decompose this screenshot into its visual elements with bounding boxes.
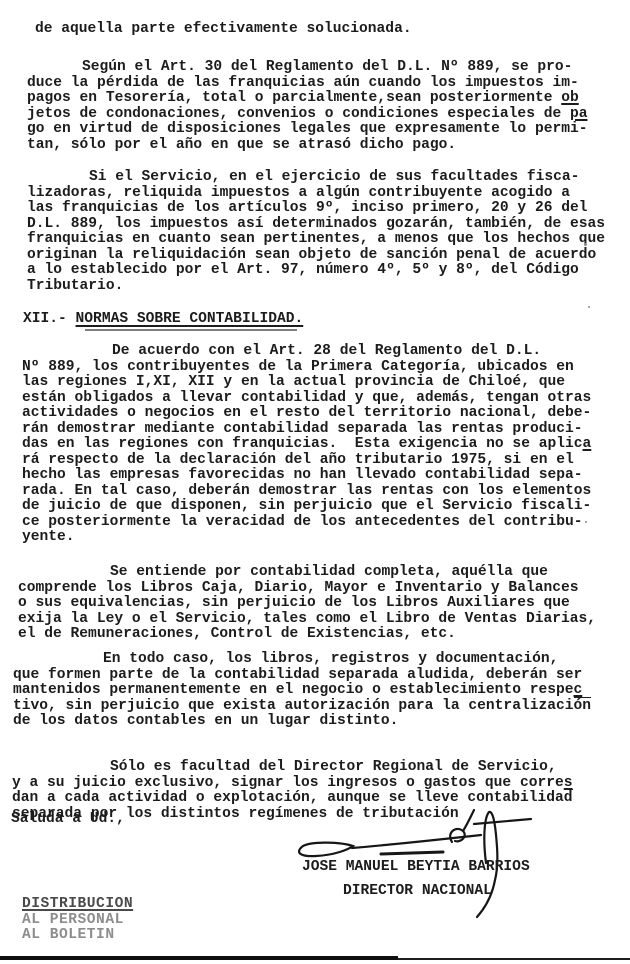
paragraph-art30: Según el Art. 30 del Reglamento del D.L.… <box>27 60 588 153</box>
text-line: rá respecto de la declaración del año tr… <box>22 453 591 469</box>
text-line: Nº 889, los contribuyentes de la Primera… <box>22 360 591 376</box>
text-line: das en las regiones con franquicias. Est… <box>22 437 591 453</box>
text-line: ce posteriormente la veracidad de los an… <box>22 515 591 531</box>
text-line: de juicio de que disponen, sin perjuicio… <box>22 499 591 515</box>
distribution-heading: DISTRIBUCION <box>22 897 133 913</box>
text-line: Si el Servicio, en el ejercicio de sus f… <box>27 170 605 186</box>
ink-speck <box>588 306 590 308</box>
text-line: de los datos contables en un lugar disti… <box>13 714 591 730</box>
overlined-syllable: ón <box>574 697 592 714</box>
text-line: originan la reliquidación sean objeto de… <box>27 248 605 264</box>
text-line: franquicias en cuanto sean pertinentes, … <box>27 232 605 248</box>
bottom-rule-thick <box>0 956 398 960</box>
signature-leaf-loop <box>299 843 353 857</box>
signatory-title: DIRECTOR NACIONAL <box>343 884 492 900</box>
text-line: que formen parte de la contabilidad sepa… <box>13 668 591 684</box>
text-line: las regiones I,XI, XII y en la actual pr… <box>22 375 591 391</box>
underlined-syllable: a <box>583 436 592 452</box>
text-line: jetos de condonaciones, convenios o cond… <box>27 107 588 123</box>
text-line: yente. <box>22 530 591 546</box>
closing-salutation: Saluda a Ud., <box>11 812 125 828</box>
text-line: De acuerdo con el Art. 28 del Reglamento… <box>22 344 591 360</box>
paragraph-intro: de aquella parte efectivamente soluciona… <box>35 22 412 38</box>
overlined-syllable: d <box>564 789 573 806</box>
section-number: XII.- <box>23 311 76 327</box>
text-line: Tributario. <box>27 279 605 295</box>
text-line: exija la Ley o el Servicio, tales como e… <box>18 612 596 628</box>
text-line: tan, sólo por el año en que se atrasó di… <box>27 138 588 154</box>
text-line: dan a cada actividad o explotación, aunq… <box>12 791 573 807</box>
paragraph-libros-registros: En todo caso, los libros, registros y do… <box>13 652 591 730</box>
signature-knot <box>450 829 465 842</box>
underlined-syllable: pa <box>570 106 588 122</box>
text-line: mantenidos permanentemente en el negocio… <box>13 683 591 699</box>
text-line: a lo establecido por el Art. 97, número … <box>27 263 605 279</box>
text-line: las franquicias de los artículos 9º, inc… <box>27 201 605 217</box>
distribution-item: AL PERSONAL <box>22 913 133 929</box>
text-line: D.L. 889, los impuestos así determinados… <box>27 217 605 233</box>
ink-speck <box>584 243 587 246</box>
distribution-block: DISTRIBUCION AL PERSONAL AL BOLETIN <box>22 897 133 944</box>
text-line: hecho las empresas favorecidas no han ll… <box>22 468 591 484</box>
ink-speck <box>585 521 587 523</box>
section-title: NORMAS SOBRE CONTABILIDAD. <box>76 311 304 327</box>
text-line: o sus equivalencias, sin perjuicio de lo… <box>18 596 596 612</box>
text-line: En todo caso, los libros, registros y do… <box>13 652 591 668</box>
document-page: de aquella parte efectivamente soluciona… <box>0 0 630 964</box>
underlined-syllable: c <box>574 682 583 698</box>
text-line: Sólo es facultad del Director Regional d… <box>12 760 573 776</box>
text-line: el de Remuneraciones, Control de Existen… <box>18 627 596 643</box>
text-line: rada. En tal caso, deberán demostrar las… <box>22 484 591 500</box>
distribution-item: AL BOLETIN <box>22 928 133 944</box>
text-line: comprende los Libros Caja, Diario, Mayor… <box>18 581 596 597</box>
text-line: Según el Art. 30 del Reglamento del D.L.… <box>27 60 588 76</box>
text-line: de aquella parte efectivamente soluciona… <box>35 22 412 38</box>
text-line: están obligados a llevar contabilidad y … <box>22 391 591 407</box>
signatory-name: JOSE MANUEL BEYTIA BARRIOS <box>302 860 530 876</box>
bottom-rule-thin <box>398 958 630 960</box>
text-line: y a su juicio exclusivo, signar los ingr… <box>12 776 573 792</box>
section-heading: XII.- NORMAS SOBRE CONTABILIDAD. <box>23 312 303 328</box>
text-line: rán demostrar mediante contabilidad sepa… <box>22 422 591 438</box>
text-line: tivo, sin perjuicio que exista autorizac… <box>13 699 591 715</box>
paragraph-art28: De acuerdo con el Art. 28 del Reglamento… <box>22 344 591 546</box>
text-line: duce la pérdida de las franquicias aún c… <box>27 76 588 92</box>
paragraph-servicio: Si el Servicio, en el ejercicio de sus f… <box>27 170 605 294</box>
text-line: go en virtud de disposiciones legales qu… <box>27 122 588 138</box>
text-line: actividades o negocios en el resto del t… <box>22 406 591 422</box>
signature-long-line <box>352 835 481 848</box>
text-line: pagos en Tesorería, total o parcialmente… <box>27 91 588 107</box>
underlined-syllable: ob <box>561 90 579 106</box>
text-line: Se entiende por contabilidad completa, a… <box>18 565 596 581</box>
paragraph-contabilidad-completa: Se entiende por contabilidad completa, a… <box>18 565 596 643</box>
text-line: lizadoras, reliquida impuestos a algún c… <box>27 186 605 202</box>
signature-smudge-line <box>381 852 443 854</box>
